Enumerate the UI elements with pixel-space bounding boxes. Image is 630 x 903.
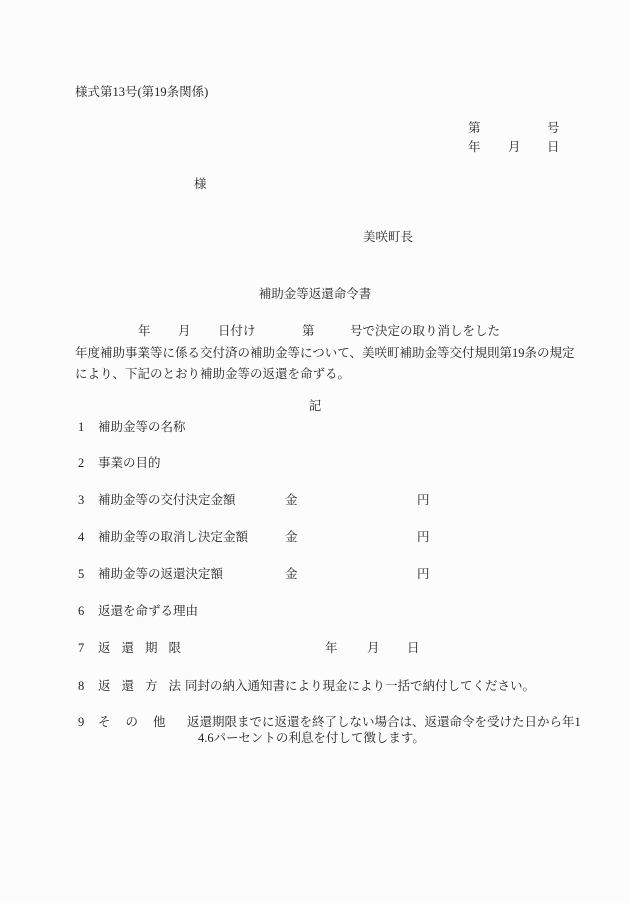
item-8-label: 返還方法 [98, 679, 192, 694]
item-5-label: 補助金等の返還決定額 [98, 567, 223, 582]
item-2-label: 事業の目的 [98, 456, 161, 471]
recipient-honorific: 様 [194, 177, 207, 192]
item-3-label: 補助金等の交付決定金額 [98, 493, 236, 508]
item-8-text: 同封の納入通知書により現金により一括で納付してください。 [185, 679, 535, 694]
item-4-kin-label: 金 [285, 530, 298, 545]
paragraph-line2: 年度補助事業等に係る交付済の補助金等について、美咲町補助金等交付規則第19条の規… [75, 346, 575, 361]
item-9-text-line2: 4.6パーセントの利息を付して徴します。 [198, 731, 425, 746]
item-6-label: 返還を命ずる理由 [98, 604, 198, 619]
issue-number-go: 号 [547, 121, 560, 136]
issue-date-month: 月 [508, 140, 521, 155]
paragraph-line3: により、下記のとおり補助金等の返還を命ずる。 [75, 367, 350, 382]
item-7-day-label: 日 [407, 641, 420, 656]
issue-date-year: 年 [468, 140, 481, 155]
item-3-yen-label: 円 [417, 493, 430, 508]
item-5-kin-label: 金 [285, 567, 298, 582]
item-5-yen-label: 円 [417, 567, 430, 582]
item-9-text-line1: 返還期限までに返還を終了しない場合は、返還命令を受けた日から年1 [187, 715, 581, 730]
item-8-number: 8 [78, 679, 84, 694]
paragraph-date-day: 日付け [218, 324, 256, 339]
item-4-number: 4 [78, 530, 84, 545]
item-2-number: 2 [78, 456, 84, 471]
item-1-label: 補助金等の名称 [98, 420, 186, 435]
issue-date-day: 日 [547, 140, 560, 155]
document-page: 様式第13号(第19条関係) 第 号 年 月 日 様 美咲町長 補助金等返還命令… [0, 0, 630, 903]
item-6-number: 6 [78, 604, 84, 619]
item-5-number: 5 [78, 567, 84, 582]
paragraph-line1-rest: 号で決定の取り消しをした [350, 324, 500, 339]
form-number: 様式第13号(第19条関係) [75, 85, 208, 100]
paragraph-date-month: 月 [178, 324, 191, 339]
item-9-label: その他 [98, 715, 181, 730]
item-3-number: 3 [78, 493, 84, 508]
item-4-yen-label: 円 [417, 530, 430, 545]
item-7-month-label: 月 [367, 641, 380, 656]
item-9-number: 9 [78, 715, 84, 730]
item-7-year-label: 年 [325, 641, 338, 656]
paragraph-number-dai: 第 [302, 324, 315, 339]
item-4-label: 補助金等の取消し決定金額 [98, 530, 248, 545]
item-7-label: 返還期限 [98, 641, 192, 656]
item-1-number: 1 [78, 420, 84, 435]
item-7-number: 7 [78, 641, 84, 656]
item-3-kin-label: 金 [285, 493, 298, 508]
issuer-name: 美咲町長 [363, 230, 413, 245]
document-title: 補助金等返還命令書 [0, 287, 630, 302]
ki-heading: 記 [0, 399, 630, 414]
paragraph-date-year: 年 [138, 324, 151, 339]
issue-number-dai: 第 [468, 121, 481, 136]
